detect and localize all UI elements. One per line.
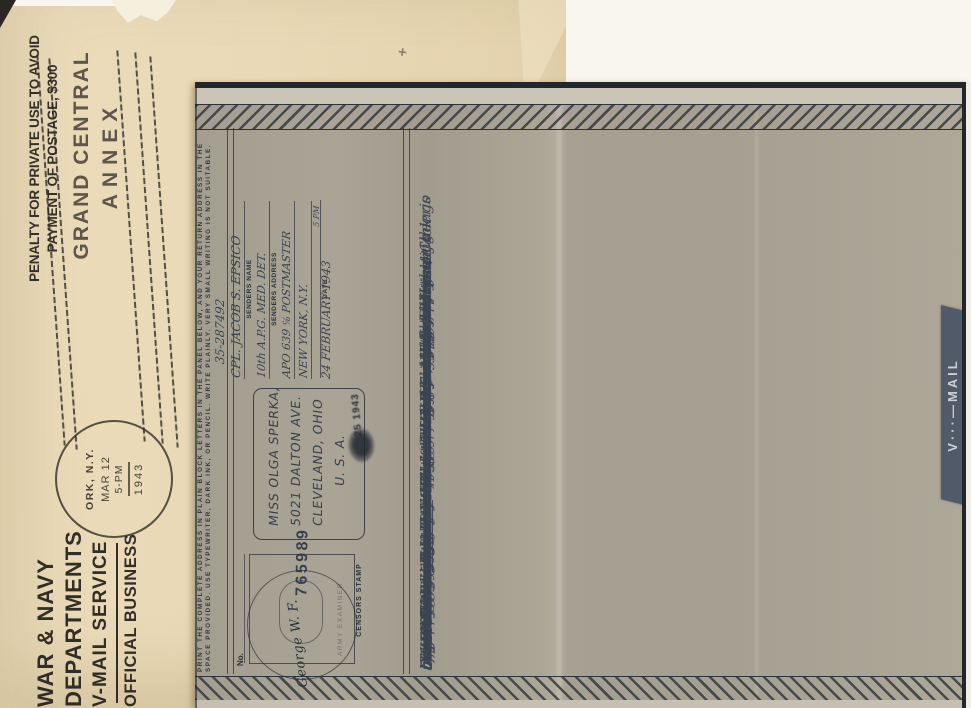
scan-edge [0,0,128,6]
no-label: No. [236,653,245,666]
address-line-1: MISS OLGA SPERKA, [263,387,285,527]
header-separator-rule [409,128,410,674]
censor-examiner-text: ARMY EXAMINER [337,582,344,656]
form-instructions-line-1: PRINT THE COMPLETE ADDRESS IN PLAIN BLOC… [197,142,204,672]
sender-block: 35-287492 CPL. JACOB S. EPSICO SENDERS N… [213,200,329,378]
sender-address-label: SENDERS ADDRESS [270,200,278,378]
letter-line: your friend Jack [416,218,439,671]
sender-name: CPL. JACOB S. EPSICO [229,199,245,379]
sender-address-2: APO 639 ℅ POSTMASTER [280,199,295,379]
vmail-photo: PRINT THE COMPLETE ADDRESS IN PLAIN BLOC… [195,82,971,708]
vmail-logo-text: V···—MAIL [941,308,964,502]
sender-address-1: 10th A.P.G. MED. DET. [255,199,270,379]
no-blank-line [235,554,245,663]
pencil-mark: + [397,43,408,61]
cancellation-bar [149,56,178,447]
sender-name-label: SENDERS NAME [245,200,253,378]
scan-edge-right [966,82,971,708]
vmail-logo-block: V···—MAIL [941,305,964,505]
return-line-2: DEPARTMENTS [61,452,87,707]
penalty-line-1: PENALTY FOR PRIVATE USE TO AVOID [26,22,44,295]
penalty-line-2: PAYMENT OF POSTAGE, $300 [44,22,62,295]
return-line-3: V-MAIL SERVICE [90,452,112,707]
sender-address-3: NEW YORK, N.Y. [297,199,312,379]
return-line-1: WAR & NAVY [33,452,59,707]
sender-date-superscript: 5 PM [312,205,321,227]
address-line-2: 5021 DALTON AVE. [285,387,307,527]
form-instructions-line-2: SPACE PROVIDED. USE TYPEWRITER, DARK INK… [205,144,212,672]
return-block-rule [116,543,118,703]
header-separator-rule [403,128,404,674]
grand-central-annex-stamp: GRAND CENTRAL ANNEX [70,50,144,260]
sender-date-value: 24 FEBRUARY 1943 [319,260,333,380]
sender-date: 24 FEBRUARY 1943 5 PM [319,200,321,378]
cancel-stamp-line-1: GRAND CENTRAL [70,50,94,260]
address-line-3: CLEVELAND, OHIO [307,387,329,527]
receiving-stamp-smudge: 25 1943 [342,397,381,464]
receiving-stamp-date: 25 1943 [350,393,365,437]
sender-serial: 35-287492 [213,199,227,365]
return-address-block: WAR & NAVY DEPARTMENTS V-MAIL SERVICE OF… [33,452,159,707]
return-line-4: OFFICIAL BUSINESS [122,452,141,707]
vmail-form: PRINT THE COMPLETE ADDRESS IN PLAIN BLOC… [195,82,961,708]
censor-number-field: No. [235,554,245,666]
envelope-fold [498,0,566,88]
scanned-vmail-document: { "colors": { "envelope": "#e9d9b6", "ph… [0,0,971,708]
envelope-tear [112,0,176,26]
censor-stamp-label: CENSORS STAMP [356,548,363,652]
